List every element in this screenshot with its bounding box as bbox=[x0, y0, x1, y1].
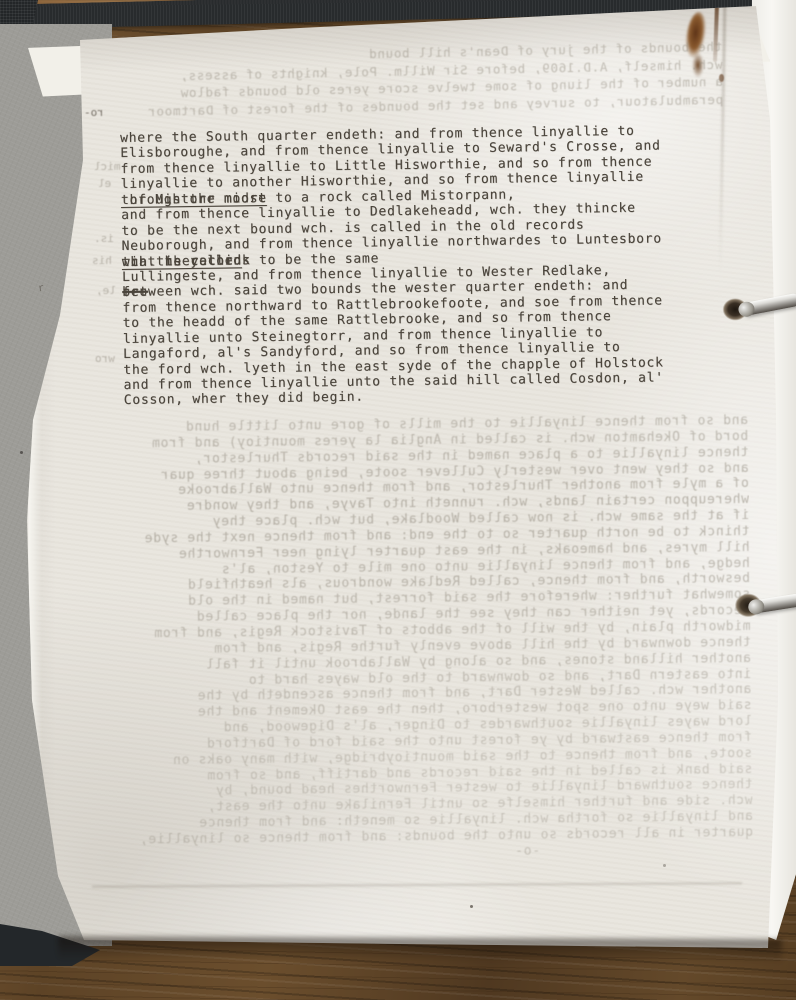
page-bottom-shadow bbox=[58, 936, 782, 963]
cover-speck bbox=[20, 451, 23, 454]
paper-speck bbox=[470, 905, 473, 908]
bleedthrough-margin-mark: le, bbox=[96, 284, 116, 297]
horizontal-crease bbox=[92, 882, 742, 887]
bleedthrough-margin-mark: micl bbox=[94, 160, 121, 173]
bleedthrough-body: and so from thence linyallie to the mill… bbox=[88, 413, 753, 865]
bleedthrough-top: the bounds of the jury of Dean's hill bo… bbox=[138, 38, 723, 120]
struck-word: fro bbox=[122, 285, 148, 301]
photo-scene: the bounds of the jury of Dean's hill bo… bbox=[0, 0, 796, 1000]
bleedthrough-margin-mark: ro- bbox=[84, 106, 104, 119]
typed-paragraph: where the South quarter endeth: and from… bbox=[120, 123, 724, 409]
paper-speck bbox=[663, 864, 666, 867]
bleedthrough-margin-mark: his bbox=[92, 254, 112, 267]
bleedthrough-margin-mark: is. bbox=[94, 232, 114, 245]
document-page: the bounds of the jury of Dean's hill bo… bbox=[0, 0, 796, 1000]
bleedthrough-margin-mark: wro bbox=[95, 352, 115, 365]
bleedthrough-margin-mark: el bbox=[98, 177, 111, 190]
